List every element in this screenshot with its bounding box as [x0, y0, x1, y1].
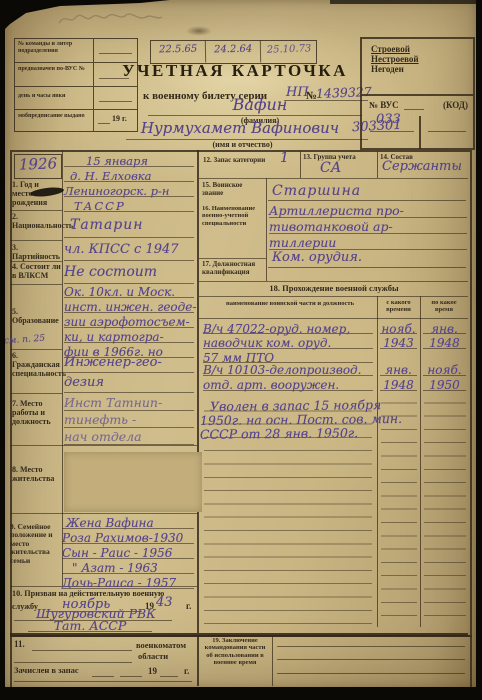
vus-code-label: (КОД): [443, 100, 468, 110]
field1-value: 15 января д. Н. Елховка Лениногорск. р-н…: [64, 152, 194, 212]
field9-label: 9. Семейное положение и место жительства…: [10, 523, 62, 565]
dispatch-row-label: мобпредписание выдано: [15, 110, 94, 131]
field18-col-unit: наименование воинской части и должность: [208, 300, 372, 307]
fitness-option-stroevoy: Строевой: [371, 44, 473, 54]
field3-value: чл. КПСС с 1947: [64, 240, 194, 261]
form-title: УЧЕТНАЯ КАРТОЧКА: [90, 61, 380, 80]
field2-value: Татарин: [64, 216, 194, 238]
field16-label: 16. Наименование военно-учетной специаль…: [202, 205, 262, 227]
field16-line: тивотанковой ар-: [269, 219, 393, 234]
pencil-note-scribble: [55, 8, 165, 30]
field8-redacted-patch: [64, 452, 202, 512]
service-entry-2-to: нояб. 1950: [423, 361, 466, 391]
field2-label: 2. Национальность: [12, 213, 60, 231]
field11-enlisted-label: Зачислен в запас: [14, 666, 79, 676]
field10-year-g: г.: [186, 601, 191, 611]
service-entry-1-to: янв. 1948: [423, 320, 466, 349]
date-line: янв.: [385, 363, 412, 377]
field18-col-from: с какого времени: [379, 299, 418, 314]
field19-label: 19. Заключение командования части об исп…: [201, 637, 269, 666]
vus-value: 033: [376, 113, 401, 127]
fitness-options: Строевой Нестроевой Негоден: [362, 39, 473, 96]
field7-value: Инст Татнип- тинефть - нач отдела: [64, 394, 194, 445]
field9-line: " Азат - 1963: [72, 561, 158, 575]
field11-year-g: г.: [184, 666, 189, 676]
field1-line: ТАССР: [74, 199, 126, 213]
scan-border-left: [0, 0, 5, 700]
vus-section: № ВУС (КОД) 033: [362, 96, 473, 146]
field4-label: 4. Состоит ли в ВЛКСМ: [12, 263, 62, 281]
field5-value: Ок. 10кл. и Моск. инст. инжен. геоде- зи…: [64, 283, 194, 358]
service-entry-1-unit: В/ч 47022-оруд. номер, наводчик ком. ору…: [203, 320, 373, 363]
field11-voenkomat-label: военкоматом: [136, 641, 186, 651]
dispatch-row-value: [94, 39, 137, 62]
service-entry-2-unit: В/ч 10103-делопроизвод. отд. арт. вооруж…: [203, 361, 373, 391]
field7-line: нач отдела: [64, 429, 142, 444]
service-entry-line: В/ч 10103-делопроизвод.: [203, 363, 361, 377]
field5-line: Ок. 10кл. и Моск.: [64, 285, 175, 299]
field18-title: 18. Прохождение военной службы: [200, 284, 468, 294]
field8-label: 8. Место жительства: [12, 466, 60, 484]
field9-line: Дочь-Раиса - 1957: [62, 576, 176, 590]
field5-line: ки, и картогра-: [64, 330, 164, 344]
field6-value: Инженер-гео- дезия: [64, 353, 194, 393]
vus-label: № ВУС: [369, 100, 399, 110]
field6-line: дезия: [64, 375, 104, 390]
field5-line: инст. инжен. геоде-: [64, 300, 196, 314]
date-line: 1943: [383, 336, 414, 350]
field9-line: Роза Рахимов-1930: [62, 531, 183, 545]
field9-line: Сын - Раис - 1956: [62, 546, 172, 560]
field11-oblast-label: области: [138, 652, 168, 662]
field14-value: Сержанты: [382, 160, 462, 174]
date-line: 1948: [429, 336, 460, 350]
surname-value: Вафин: [190, 97, 330, 114]
field12-value: 1: [280, 151, 289, 166]
field16-line: тиллерии: [269, 235, 336, 250]
field3-line: чл. КПСС с 1947: [64, 242, 179, 257]
field5-label: 5. Образование: [12, 308, 58, 326]
scan-border-top-right: [330, 0, 482, 4]
dispatch-row-label: № команды и литер подразделения: [15, 39, 94, 62]
fullname-value: Нурмухамет Вафинович: [112, 121, 368, 137]
field3-label: 3. Партийность: [12, 244, 60, 262]
field6-label: 6. Гражданская специальность: [12, 352, 62, 379]
fitness-option-negoden: Негоден: [371, 64, 473, 74]
fitness-box: Строевой Нестроевой Негоден № ВУС (КОД) …: [360, 37, 475, 150]
field1-line: Лениногорск. р-н: [64, 184, 169, 198]
field15-value: Старшина: [272, 184, 361, 199]
field18-col-to: по какое время: [422, 299, 466, 314]
field4-line: Не состоит: [64, 264, 157, 280]
field17-value: Ком. орудия.: [272, 251, 362, 265]
field17-label: 17. Должностная квалификация: [202, 261, 260, 277]
field6-line: Инженер-гео-: [64, 355, 162, 370]
field15-label: 15. Воинское звание: [202, 182, 260, 198]
birth-year-box: 1926: [14, 154, 62, 179]
scanned-military-registration-card: № команды и литер подразделения предназн…: [0, 0, 482, 700]
date-line: нояб.: [427, 363, 461, 377]
fitness-option-nestroevoy: Нестроевой: [371, 54, 473, 64]
dispatch-row: день и часы явки: [15, 87, 137, 110]
field16-value: Артиллериста про- тивотанковой ар- тилле…: [269, 202, 467, 250]
field5-line: зии аэрофотосъем-: [64, 315, 190, 329]
dispatch-row-label: день и часы явки: [15, 87, 94, 109]
service-entry-1-from: нояб. 1943: [380, 320, 417, 349]
dispatch-row: № команды и литер подразделения: [15, 39, 137, 63]
service-entry-line: отд. арт. вооружен.: [203, 378, 339, 392]
field7-line: тинефть -: [64, 412, 136, 427]
field11-year-print: 19: [148, 666, 157, 676]
discharge-note-line: СССР от 28 янв. 1950г.: [200, 426, 358, 441]
scan-border-bottom: [0, 687, 482, 700]
service-entry-2-from: янв. 1948: [380, 361, 417, 391]
field16-line: Артиллериста про-: [269, 203, 404, 218]
fullname-caption: (имя и отчество): [165, 141, 320, 150]
field7-line: Инст Татнип-: [64, 395, 162, 410]
ruled-lines-to-column: [424, 390, 466, 628]
scan-border-right: [476, 0, 482, 700]
field1-line: д. Н. Елховка: [70, 169, 151, 183]
field1-line: 15 января: [86, 154, 148, 168]
field9-line: Жена Вафина: [66, 516, 154, 530]
dispatch-row-value: [94, 87, 137, 109]
field2-line: Татарин: [70, 217, 144, 233]
birth-year-value: 1926: [15, 154, 62, 173]
field4-value: Не состоит: [64, 263, 194, 284]
field13-value: СА: [320, 161, 341, 176]
field12-label: 12. Запас категории: [203, 157, 279, 165]
dispatch-row-label: предназначен по-ВУС №: [15, 63, 94, 86]
field7-label: 7. Место работы и должность: [12, 400, 60, 427]
field11-num: 11.: [14, 639, 25, 649]
field9-value: Жена Вафина Роза Рахимов-1930 Сын - Раис…: [62, 514, 194, 589]
dispatch-box: № команды и литер подразделения предназн…: [14, 38, 138, 132]
